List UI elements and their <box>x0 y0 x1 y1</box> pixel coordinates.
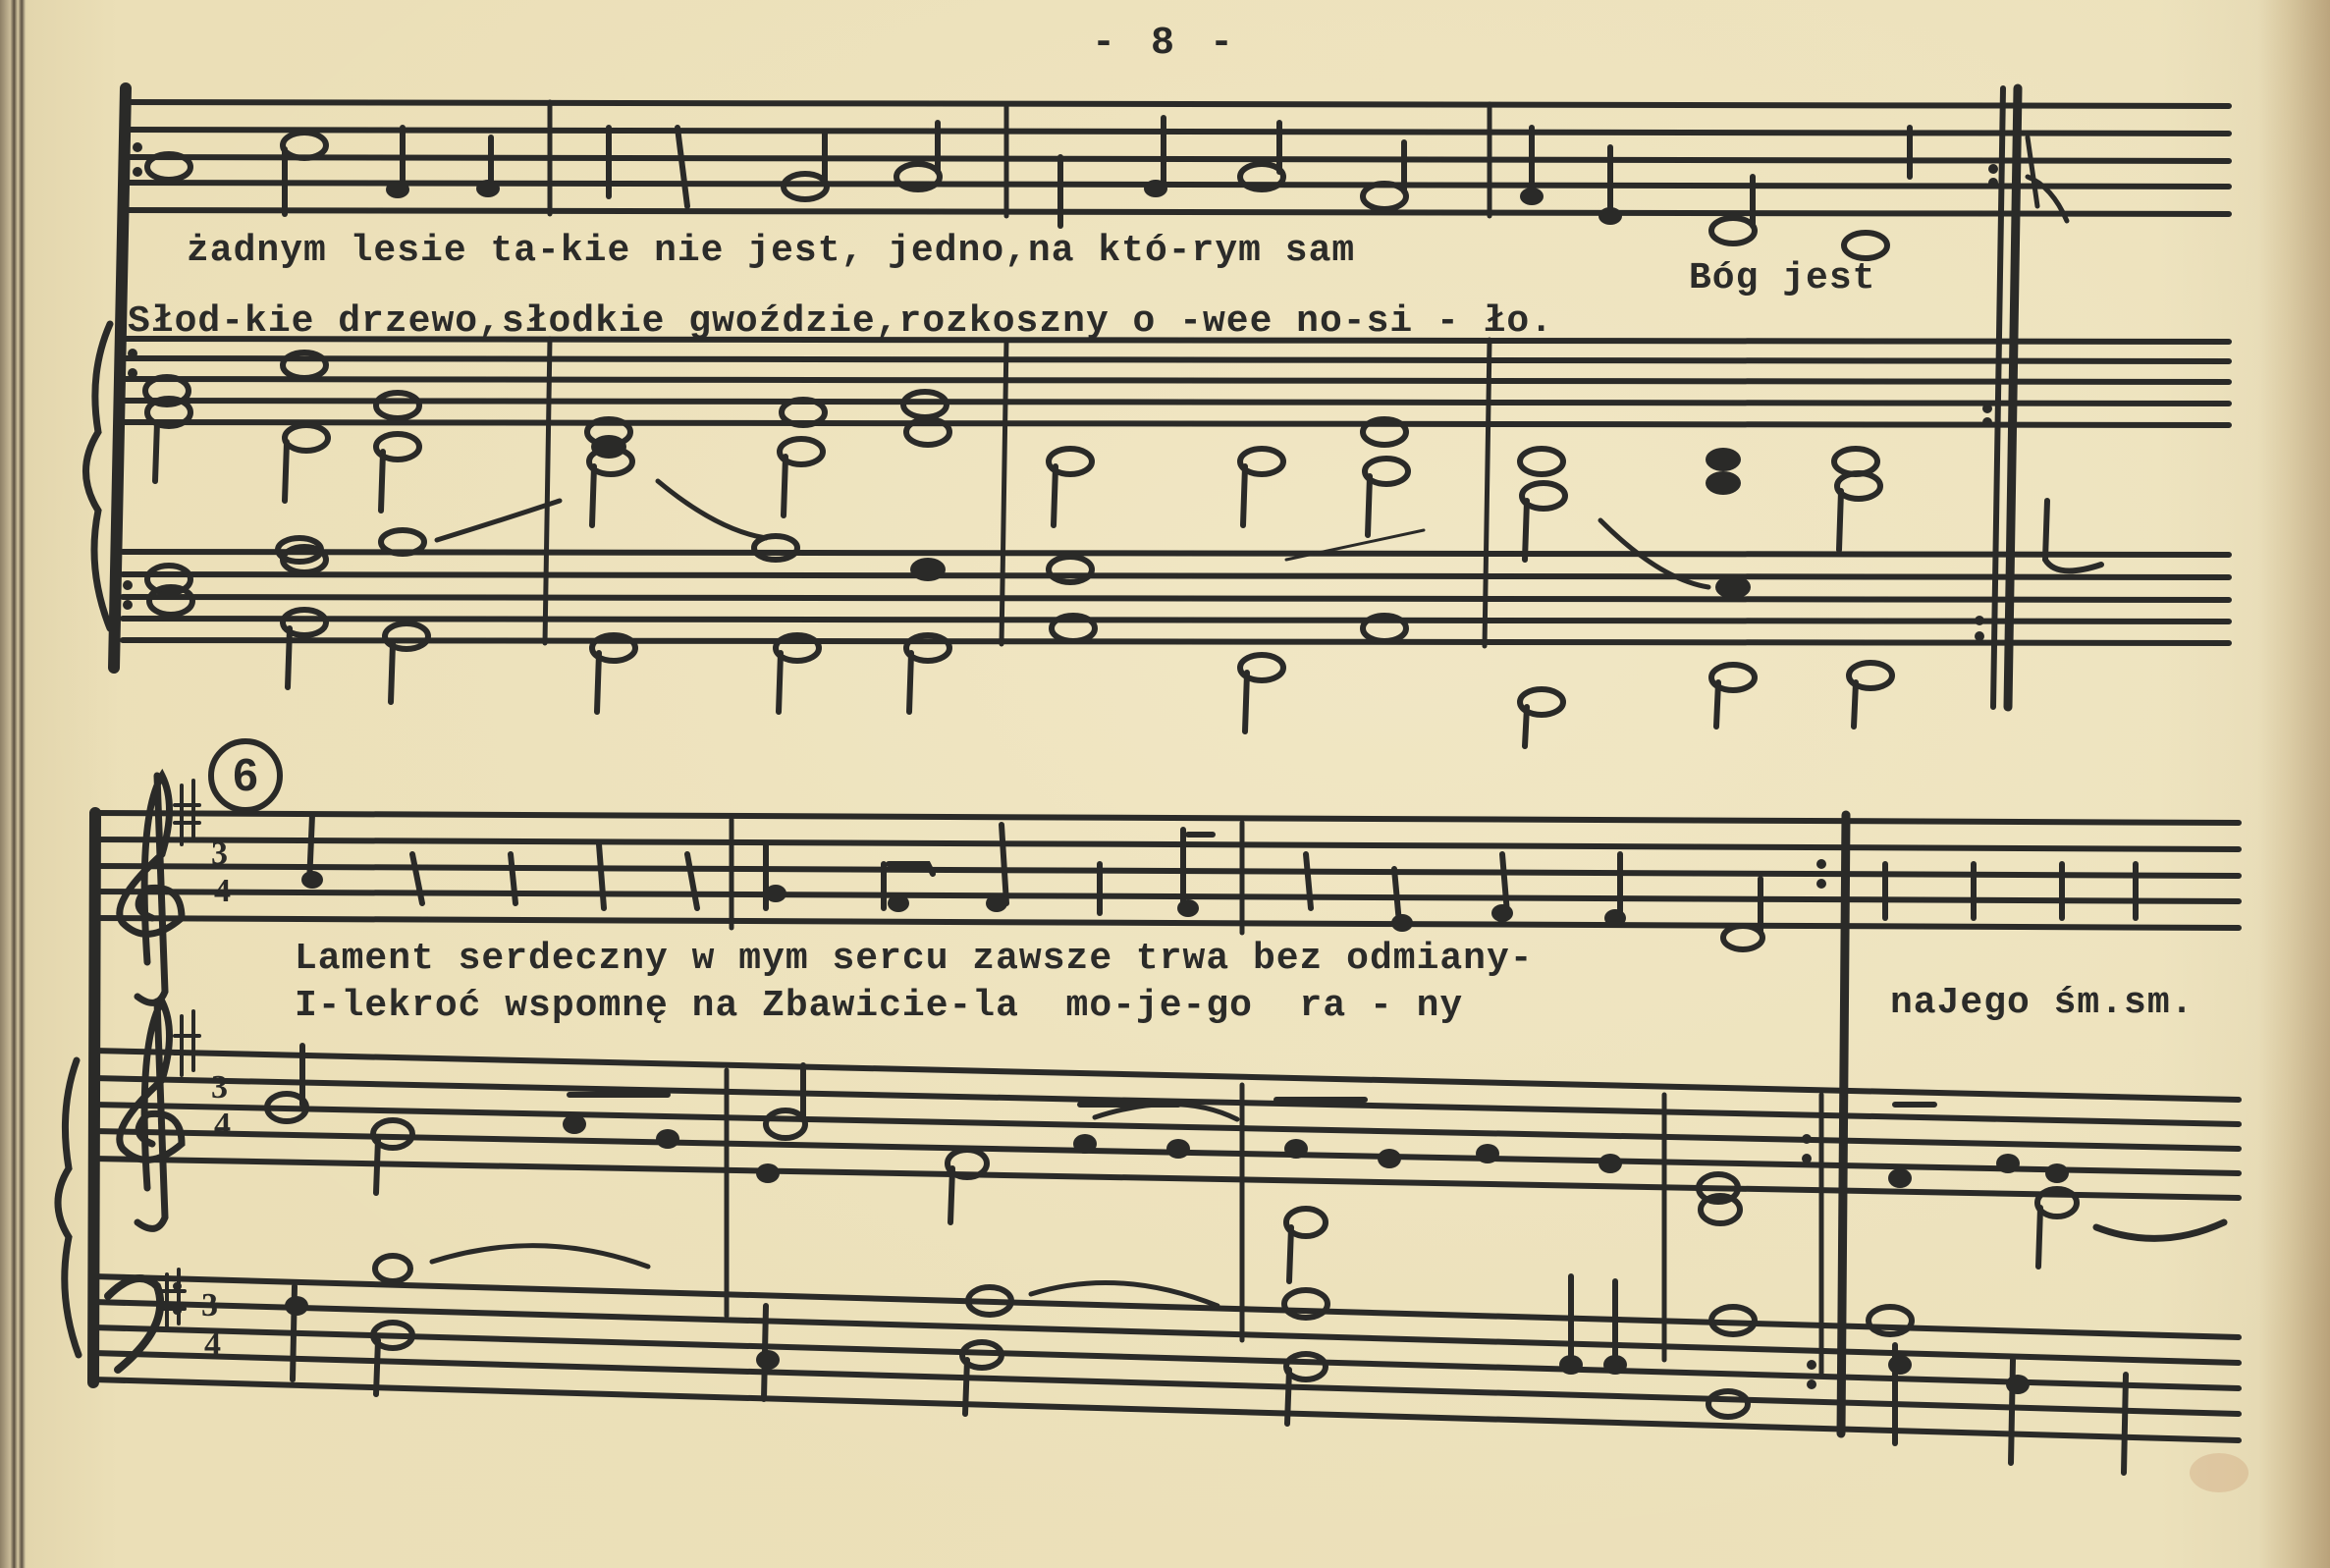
piano-brace-2 <box>58 1060 79 1355</box>
piano-filled-notes-1 <box>591 435 1741 495</box>
svg-text:4: 4 <box>214 1107 231 1143</box>
piano-bass-staff-2 <box>93 1276 2239 1440</box>
system-1 <box>86 88 2230 746</box>
voice-staff-1 <box>123 102 2229 214</box>
system-bracket <box>114 88 126 668</box>
system-bracket-2 <box>93 813 95 1382</box>
lyrics-verse-1-line-1-end: Bóg jest <box>1689 257 1875 299</box>
time-signatures: 34 34 34 <box>201 836 231 1363</box>
svg-text:4: 4 <box>204 1326 221 1363</box>
piano-bass-staff-1 <box>123 552 2229 643</box>
piano-brace <box>86 324 111 628</box>
svg-text:3: 3 <box>211 836 228 872</box>
system-2: 34 34 34 <box>58 776 2239 1473</box>
voice-notes-2 <box>309 815 2136 949</box>
svg-text:3: 3 <box>211 1069 228 1106</box>
piano-treble-staff-1 <box>123 339 2229 425</box>
bass-filled-notes-2 <box>285 1296 2030 1394</box>
lyrics-verse-1-line-1: żadnym lesie ta-kie nie jest, jedno,na k… <box>187 230 1355 272</box>
rehearsal-number-badge: 6 <box>208 738 283 813</box>
sheet-music-page: - 8 - <box>0 0 2330 1568</box>
lyrics-verse-2-line-2: I-lekroć wspomnę na Zbawicie-la mo-je-go… <box>295 985 1463 1027</box>
lyrics-verse-2-line-1: Słod-kie drzewo,słodkie gwoździe,rozkosz… <box>128 300 1553 343</box>
svg-text:4: 4 <box>214 873 231 909</box>
lyrics-verse-1-line-2: Lament serdeczny w mym sercu zawsze trwa… <box>295 938 1534 980</box>
bass-notes-1 <box>147 481 2101 746</box>
svg-text:3: 3 <box>201 1287 218 1324</box>
piano-treble-staff-2 <box>93 1051 2239 1198</box>
lyrics-ending-text: naJego śm.sm. <box>1890 982 2194 1024</box>
